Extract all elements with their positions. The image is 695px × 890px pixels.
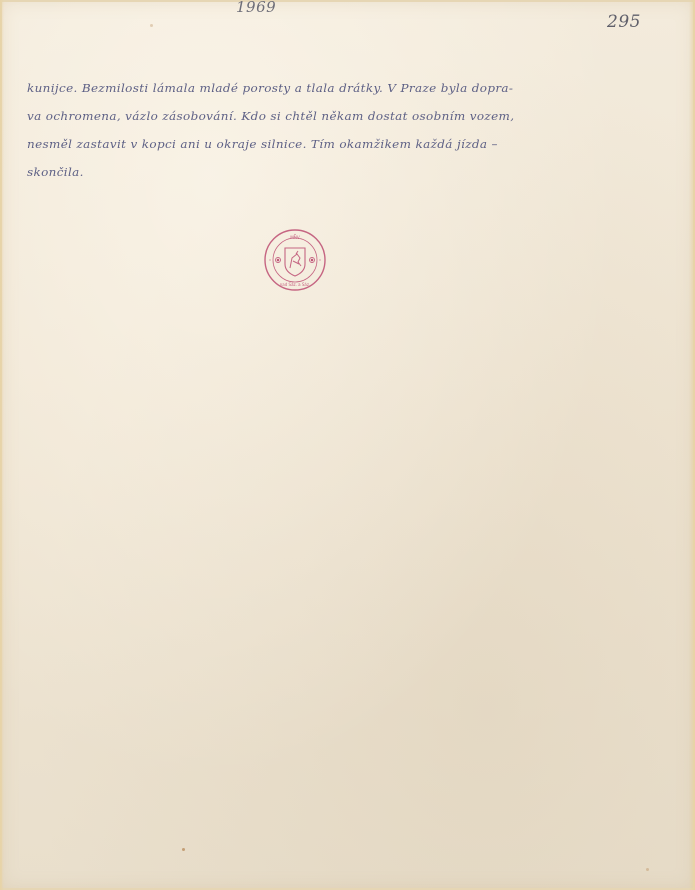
year-heading: 1969	[236, 0, 276, 16]
text-line: nesměl zastavit v kopci ani u okraje sil…	[27, 130, 568, 158]
text-line: va ochromena, vázlo zásobování. Kdo si c…	[27, 102, 568, 130]
paper-spot	[646, 868, 649, 871]
paper-spot	[182, 848, 185, 851]
page-number: 295	[607, 12, 641, 32]
svg-text:nad Sáz. a Sáz.: nad Sáz. a Sáz.	[280, 282, 311, 287]
document-page: 1969 295 kunijce. Bezmilosti lámala mlad…	[0, 0, 695, 890]
paper-spot	[150, 24, 153, 27]
page-edge-right	[689, 0, 695, 890]
page-edge-left	[0, 0, 4, 890]
text-line: skončila.	[27, 158, 568, 186]
handwritten-text: kunijce. Bezmilosti lámala mladé porosty…	[27, 74, 547, 186]
svg-text:MNV: MNV	[290, 235, 300, 240]
text-line: kunijce. Bezmilosti lámala mladé porosty…	[27, 74, 568, 102]
official-stamp-icon: MNV nad Sáz. a Sáz.	[263, 228, 327, 292]
